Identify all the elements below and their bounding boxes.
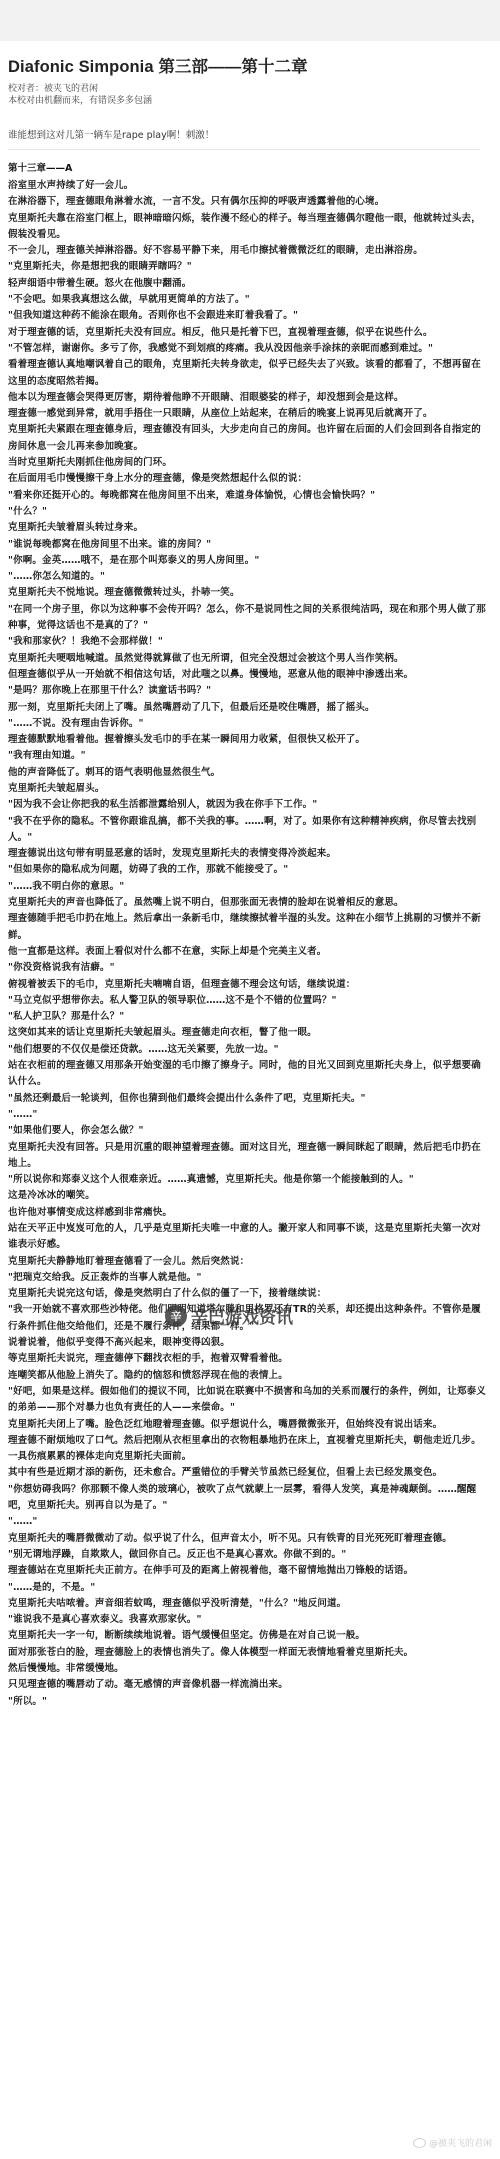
paragraph: "在同一个房子里，你以为这种事不会传开吗？怎么，你不是说同性之间的关系很纯洁吗，… [8,602,486,635]
translation-disclaimer: 本校对由机翻而来，有错误多多包涵 [8,95,492,107]
paragraph: "马立克似乎想带你去。私人警卫队的领导职位……这不是个不错的位置吗？" [8,993,486,1009]
paragraph: 理查德一感觉到异常，就用手捂住一只眼睛，从座位上站起来，在稍后的晚宴上说再见后就… [8,406,486,422]
paragraph: 理查德不耐烦地叹了口气。然后把刚从衣柜里拿出的衣物粗暴地扔在床上，直视着克里斯托… [8,1433,486,1449]
paragraph: 克里斯托夫的声音也降低了。虽然嘴上说不明白，但那张面无表情的脸却在说着相反的意思… [8,895,486,911]
paragraph: 面对那张苍白的脸，理查德脸上的表情也消失了。像人体模型一样面无表情地看着克里斯托… [8,1645,486,1661]
paragraph: "……不说。没有理由告诉你。" [8,716,486,732]
paragraph: 克里斯托夫紧跟在理查德身后，理查德没有回头，大步走向自己的房间。也许留在后面的人… [8,422,486,455]
paragraph: 克里斯托夫哽咽地喊道。虽然觉得就算做了也无所谓，但完全没想过会被这个男人当作笑柄… [8,651,486,667]
paragraph: 这突如其来的话让克里斯托夫皱起眉头。理查德走向衣柜，瞥了他一眼。 [8,1025,486,1041]
paragraph: 站在衣柜前的理查德又用那条开始变湿的毛巾擦了擦身子。同时，他的目光又回到克里斯托… [8,1058,486,1091]
weibo-icon [413,2138,426,2148]
weibo-handle: @被夹飞的君闲 [429,2136,492,2149]
paragraph: 他本以为理查德会哭得更厉害，期待着他睁不开眼睛、泪眼婆娑的样子，却没想到会是这样… [8,390,486,406]
paragraph: 克里斯托夫没有回答。只是用沉重的眼神望着理查德。面对这目光，理查德一瞬间眯起了眼… [8,1140,486,1173]
paragraph: "因为我不会让你把我的私生活都泄露给别人，就因为我在你手下工作。" [8,797,486,813]
paragraph: 在后面用毛巾慢慢擦干身上水分的理查德，像是突然想起什么似的说： [8,471,486,487]
paragraph: "把瑞克交给我。反正轰炸的当事人就是他。" [8,1270,486,1286]
paragraph: 克里斯托夫皱着眉头转过身来。 [8,520,486,536]
paragraph: 说着说着，他似乎变得不高兴起来，眼神变得凶狠。 [8,1335,486,1351]
paragraph: 其中有些是近期才添的新伤，还未愈合。严重错位的手臂关节虽然已经复位，但看上去已经… [8,1465,486,1481]
intro-note: 谁能想到这对儿第一辆车是rape play啊！刺激！ [8,127,480,150]
paragraph: "什么？" [8,504,486,520]
paragraph: "克里斯托夫，你是想把我的眼睛弄瞎吗？" [8,259,486,275]
article: Diafonic Simponia 第三部——第十二章 校对者：被夹飞的君闲 本… [0,53,500,1710]
page-title: Diafonic Simponia 第三部——第十二章 [8,53,492,77]
bottom-watermark: @被夹飞的君闲 [413,2136,492,2149]
paragraph: 这是冷冰冰的嘲笑。 [8,1188,486,1204]
paragraph: 只见理查德的嘴唇动了动。毫无感情的声音像机器一样流淌出来。 [8,1677,486,1693]
paragraph: 浴室里水声持续了好一会儿。 [8,178,486,194]
paragraph: "……" [8,1107,486,1123]
paragraph: 那一刻，克里斯托夫闭上了嘴。虽然嘴唇动了几下，但最后还是咬住嘴唇，摇了摇头。 [8,700,486,716]
paragraph: "谁说我不是真心喜欢泰义。我喜欢那家伙。" [8,1612,486,1628]
paragraph: 克里斯托夫咕哝着。声音细若蚊鸣，理查德似乎没听清楚，"什么？"地反问道。 [8,1596,486,1612]
paragraph: "不会吧。如果我真想这么做，早就用更简单的方法了。" [8,292,486,308]
paragraph: "……你怎么知道的。" [8,569,486,585]
chapter-body: 浴室里水声持续了好一会儿。在淋浴器下，理查德眼角淋着水流，一言不发。只有偶尔压抑… [8,178,492,1710]
paragraph: 连嘲笑都从他脸上消失了。隐约的恼怒和愤怒浮现在他的表情上。 [8,1368,486,1384]
paragraph: 理查德随手把毛巾扔在地上。然后拿出一条新毛巾，继续擦拭着半湿的头发。这种在小细节… [8,911,486,944]
paragraph: "我不在乎你的隐私。不管你跟谁乱搞，都不关我的事。……啊，对了。如果你有这种精神… [8,814,486,847]
paragraph: 然后慢慢地。非常缓慢地。 [8,1661,486,1677]
paragraph: "好吧，如果是这样。假如他们的提议不同，比如说在联赛中不损害和乌加的关系而履行的… [8,1384,486,1417]
paragraph: 等克里斯托夫说完，理查德停下翻找衣柜的手，抱着双臂看着他。 [8,1351,486,1367]
paragraph: "他们想要的不仅仅是偿还贷款。……这无关紧要，先放一边。" [8,1042,486,1058]
paragraph: "如果他们要人，你会怎么做？" [8,1123,486,1139]
paragraph: "谁说每晚都窝在他房间里不出来。谁的房间？" [8,537,486,553]
paragraph: 对于理查德的话，克里斯托夫没有回应。相反，他只是托着下巴，直视着理查德，似乎在说… [8,325,486,341]
paragraph: 克里斯托夫不悦地说。理查德微微转过头，扑哧一笑。 [8,585,486,601]
paragraph: "是吗？那你晚上在那里干什么？读童话书吗？" [8,683,486,699]
paragraph: "但我知道这种药不能涂在眼角。否则你也不会跟进来盯着我看了。" [8,308,486,324]
paragraph: 看着理查德认真地嘲讽着自己的眼角，克里斯托夫转身欲走，似乎已经失去了兴致。该看的… [8,357,486,390]
paragraph: 站在天平正中岌岌可危的人，几乎是克里斯托夫唯一中意的人。撇开家人和同事不谈，这是… [8,1221,486,1254]
paragraph: 理查德默默地看着他。握着擦头发毛巾的手在某一瞬间用力收紧，但很快又松开了。 [8,732,486,748]
paragraph: "所以。" [8,1694,486,1710]
paragraph: 他的声音降低了。刺耳的语气表明他显然很生气。 [8,765,486,781]
paragraph: 克里斯托夫闭上了嘴。脸色泛红地瞪着理查德。似乎想说什么，嘴唇微微张开，但始终没有… [8,1417,486,1433]
paragraph: "看来你还挺开心的。每晚都窝在他房间里不出来，难道身体愉悦，心情也会愉快吗？" [8,488,486,504]
paragraph: "不管怎样，谢谢你。多亏了你，我感觉不到划痕的疼痛。我从没因他亲手涂抹的亲昵而感… [8,341,486,357]
paragraph: 轻声细语中带着生硬。怒火在他腹中翻涌。 [8,276,486,292]
paragraph: 也许他对事情变成这样感到非常痛快。 [8,1205,486,1221]
paragraph: "……是的，不是。" [8,1580,486,1596]
paragraph: "我有理由知道。" [8,748,486,764]
paragraph: "别无谓地浮躁，自欺欺人，做回你自己。反正也不是真心喜欢。你做不到的。" [8,1547,486,1563]
top-band [0,0,500,41]
paragraph: 克里斯托夫一字一句，断断续续地说着。语气缓慢但坚定。仿佛是在对自己说一般。 [8,1628,486,1644]
paragraph: 他一直都是这样。表面上看似对什么都不在意，实际上却是个完美主义者。 [8,944,486,960]
chapter-heading: 第十三章——A [8,160,492,174]
paragraph: 但理查德似乎从一开始就不相信这句话，对此嗤之以鼻。慢慢地，恶意从他的眼神中渗透出… [8,667,486,683]
paragraph: "……我不明白你的意思。" [8,879,486,895]
paragraph: "我一开始就不喜欢那些沙特佬。他们明明知道塔尔滕和里格罗还有TR的关系，却还提出… [8,1302,486,1335]
paragraph: "……" [8,1514,486,1530]
paragraph: 不一会儿，理查德关掉淋浴器。好不容易平静下来，用毛巾擦拭着微微泛红的眼睛，走出淋… [8,243,486,259]
paragraph: "你啊。金英……哦不，是在那个叫郑泰义的男人房间里。" [8,553,486,569]
paragraph: 一具伤痕累累的裸体走向克里斯托夫面前。 [8,1449,486,1465]
paragraph: "我和那家伙？！我绝不会那样做！" [8,634,486,650]
paragraph: "私人护卫队？那是什么？" [8,1009,486,1025]
paragraph: "所以说你和郑泰义这个人很难亲近。……真遗憾，克里斯托夫。他是你第一个能接触到的… [8,1172,486,1188]
proofreader-credit: 校对者：被夹飞的君闲 [8,83,492,95]
paragraph: "虽然还剩最后一轮谈判，但你也猜到他们最终会提出什么条件了吧，克里斯托夫。" [8,1091,486,1107]
paragraph: 克里斯托夫的嘴唇微微动了动。似乎说了什么，但声音太小，听不见。只有铁青的目光死死… [8,1531,486,1547]
paragraph: 在淋浴器下，理查德眼角淋着水流，一言不发。只有偶尔压抑的呼吸声透露着他的心境。 [8,194,486,210]
paragraph: 俯视着被丢下的毛巾，克里斯托夫喃喃自语，但理查德不理会这句话，继续说道： [8,977,486,993]
paragraph: 克里斯托夫皱起眉头。 [8,781,486,797]
paragraph: 克里斯托夫静静地盯着理查德看了一会儿。然后突然说： [8,1254,486,1270]
paragraph: "你想妨碍我吗？你那颗不像人类的玻璃心，被吹了点气就蒙上一层雾，看得人发笑，真是… [8,1482,486,1515]
paragraph: 克里斯托夫靠在浴室门框上，眼神暗暗闪烁，装作漫不经心的样子。每当理查德偶尔瞪他一… [8,211,486,244]
paragraph: 当时克里斯托夫刚抓住他房间的门环。 [8,455,486,471]
paragraph: 理查德站在克里斯托夫正前方。在伸手可及的距离上俯视着他，毫不留情地抛出刀锋般的话… [8,1563,486,1579]
paragraph: "你没资格说我有洁癖。" [8,960,486,976]
paragraph: 理查德说出这句带有明显恶意的话时，发现克里斯托夫的表情变得冷淡起来。 [8,846,486,862]
paragraph: 克里斯托夫说完这句话，像是突然明白了什么似的僵了一下，接着继续说： [8,1286,486,1302]
paragraph: "但如果你的隐私成为问题，妨碍了我的工作，那就不能接受了。" [8,862,486,878]
